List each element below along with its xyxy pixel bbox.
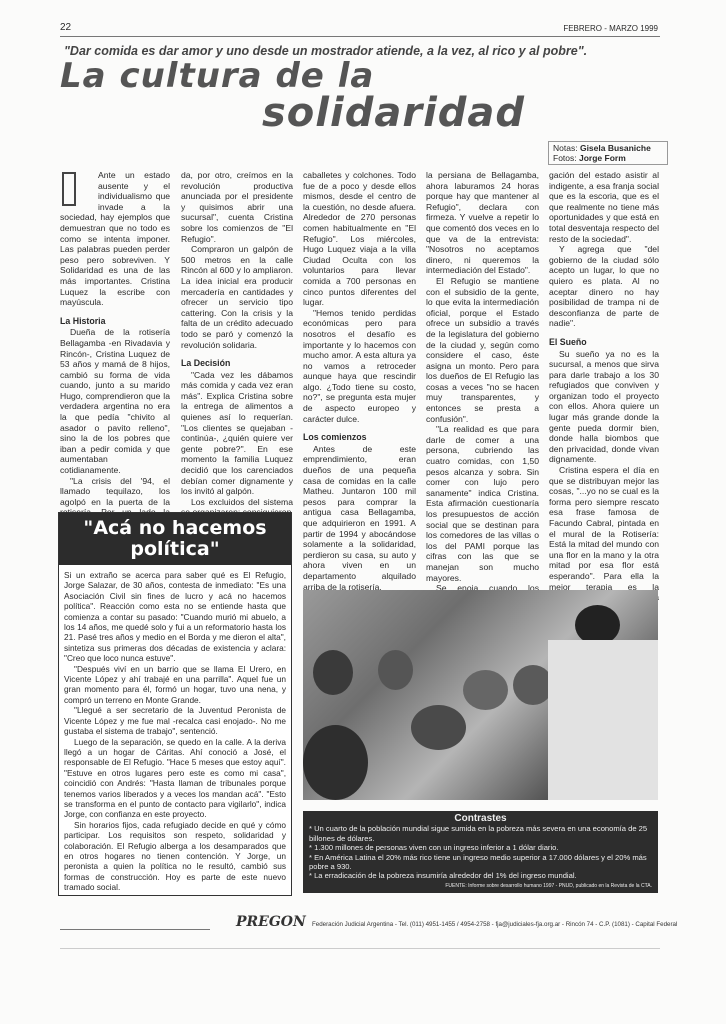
- contrasts-source: FUENTE: Informe sobre desarrollo humano …: [309, 883, 652, 890]
- header-divider: [60, 36, 660, 37]
- article-column-3: caballetes y colchones. Todo fue de a po…: [303, 170, 416, 613]
- article-column-2: da, por otro, creímos en la revolución p…: [181, 170, 293, 518]
- body-paragraph: Su sueño ya no es la sucursal, a menos q…: [549, 349, 659, 466]
- article-column-4: la persiana de Bellagamba, ahora laburam…: [426, 170, 539, 626]
- article-photo: [303, 590, 658, 800]
- body-paragraph: "La realidad es que para darle de comer …: [426, 424, 539, 583]
- contrasts-item: * Un cuarto de la población mundial sigu…: [309, 824, 652, 843]
- section-heading-el-sueno: El Sueño: [549, 337, 659, 348]
- contrasts-item: * 1.300 millones de personas viven con u…: [309, 843, 652, 852]
- issue-date: FEBRERO - MARZO 1999: [563, 24, 658, 33]
- sidebar-paragraph: "Llegué a ser secretario de la Juventud …: [64, 705, 286, 736]
- body-paragraph: Antes de este emprendimiento, eran dueño…: [303, 444, 416, 592]
- photo-person-shape: [411, 705, 466, 750]
- section-heading-los-comienzos: Los comienzos: [303, 432, 416, 443]
- body-paragraph: Y agrega que "del gobierno de la ciudad …: [549, 244, 659, 329]
- photos-label: Fotos:: [553, 153, 577, 163]
- article-column-5: gación del estado asistir al indigente, …: [549, 170, 659, 613]
- body-paragraph: Dueña de la rotisería Bellagamba -en Riv…: [60, 327, 170, 475]
- notes-label: Notas:: [553, 143, 578, 153]
- photo-person-shape: [575, 605, 620, 645]
- contrasts-box: Contrastes * Un cuarto de la población m…: [303, 811, 658, 893]
- body-paragraph: caballetes y colchones. Todo fue de a po…: [303, 170, 416, 308]
- drop-cap-bracket-icon: [62, 172, 76, 206]
- sidebar-paragraph: Sin horarios fijos, cada refugiado decid…: [64, 820, 286, 893]
- newspaper-page: 22 FEBRERO - MARZO 1999 "Dar comida es d…: [0, 0, 726, 1024]
- footer-contact: Federación Judicial Argentina - Tel. (01…: [312, 921, 677, 928]
- sidebar-paragraph: Luego de la separación, se quedo en la c…: [64, 737, 286, 820]
- body-paragraph: la persiana de Bellagamba, ahora laburam…: [426, 170, 539, 276]
- article-title-line2: solidaridad: [262, 92, 525, 134]
- photos-author: Jorge Form: [579, 153, 626, 163]
- sidebar-box-body: Si un extraño se acerca para saber qué e…: [59, 565, 291, 898]
- body-paragraph: Compraron un galpón de 500 metros en la …: [181, 244, 293, 350]
- contrasts-title: Contrastes: [309, 814, 652, 823]
- intro-paragraph: Ante un estado ausente y el individualis…: [60, 170, 170, 308]
- sidebar-box-aca-no-hacemos-politica: "Acá no hacemos política" Si un extraño …: [58, 512, 292, 896]
- photo-server-apron: [548, 640, 658, 800]
- photo-person-shape: [463, 670, 508, 710]
- sidebar-paragraph: "Después viví en un barrio que se llama …: [64, 664, 286, 706]
- body-paragraph: El Refugio se mantiene con el subsidio d…: [426, 276, 539, 424]
- article-credits: Notas: Gisela Busaniche Fotos: Jorge For…: [548, 141, 668, 165]
- article-column-1: Ante un estado ausente y el individualis…: [60, 170, 170, 550]
- photo-person-shape: [513, 665, 553, 705]
- photo-person-shape: [313, 650, 353, 695]
- body-paragraph: da, por otro, creímos en la revolución p…: [181, 170, 293, 244]
- photo-person-shape: [378, 650, 413, 690]
- sidebar-box-title: "Acá no hacemos política": [59, 513, 291, 565]
- article-title-line1: La cultura de la: [60, 58, 374, 94]
- body-paragraph: "Cada vez les dábamos más comida y cada …: [181, 370, 293, 497]
- pregon-logo: PREGON: [236, 914, 306, 930]
- sidebar-paragraph: Si un extraño se acerca para saber qué e…: [64, 570, 286, 664]
- section-heading-la-historia: La Historia: [60, 316, 170, 327]
- contrasts-item: * La erradicación de la pobreza insumirí…: [309, 871, 652, 880]
- bottom-divider: [60, 948, 660, 949]
- photo-person-shape: [303, 725, 368, 800]
- notes-author: Gisela Busaniche: [580, 143, 651, 153]
- body-paragraph: gación del estado asistir al indigente, …: [549, 170, 659, 244]
- page-number: 22: [60, 22, 71, 33]
- contrasts-item: * En América Latina el 20% más rico tien…: [309, 853, 652, 872]
- footer-divider: [60, 929, 210, 930]
- section-heading-la-decision: La Decisión: [181, 358, 293, 369]
- body-paragraph: "Hemos tenido perdidas económicas pero p…: [303, 308, 416, 425]
